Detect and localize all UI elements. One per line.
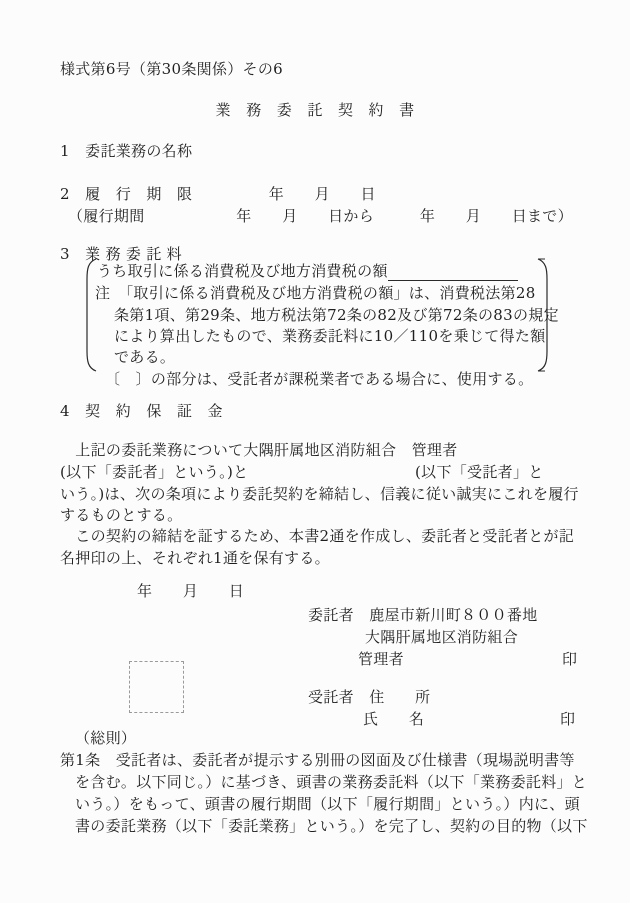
consignor-seal-mark: 印 xyxy=(562,650,577,669)
article-1-line-4: 書の委託業務（以下「委託業務」という。）を完了し、契約の目的物（以下 xyxy=(75,817,588,836)
performance-period-line: （履行期間 年 月 日から 年 月 日まで） xyxy=(68,207,573,226)
contract-copies-line-1: この契約の締結を証するため、本書2通を作成し、委託者と受託者とが記 xyxy=(60,527,574,546)
contract-copies-line-2: 名押印の上、それぞれ1通を保有する。 xyxy=(60,549,330,568)
trustee-seal-mark: 印 xyxy=(560,710,575,729)
tax-note-line-4: により算出したもので、業務委託料に10／110を乗じて得た額 xyxy=(114,327,545,346)
contract-document-page: 様式第6号（第30条関係）その6 業 務 委 託 契 約 書 1 委託業務の名称… xyxy=(0,0,630,903)
tax-note-line-5: である。 xyxy=(114,348,175,367)
section-2-heading: 2 履 行 期 限 年 月 日 xyxy=(60,185,376,204)
document-title: 業 務 委 託 契 約 書 xyxy=(0,101,630,120)
consignor-manager-label: 管理者 xyxy=(358,650,404,669)
tax-note-line-3: 条第1項、第29条、地方税法第72条の82及び第72条の83の規定 xyxy=(114,306,559,325)
preamble-line-1: 上記の委託業務について大隅肝属地区消防組合 管理者 xyxy=(60,441,458,460)
section-1-heading: 1 委託業務の名称 xyxy=(60,142,192,161)
preamble-line-4: するものとする。 xyxy=(60,506,182,525)
trustee-address-line: 受託者 住 所 xyxy=(308,688,430,707)
trustee-name-label: 氏 名 xyxy=(363,710,424,729)
consignor-address-line: 委託者 鹿屋市新川町８００番地 xyxy=(308,606,538,625)
form-number: 様式第6号（第30条関係）その6 xyxy=(60,60,283,79)
consignor-designation: (以下「委託者」という。)と xyxy=(60,463,248,482)
stamp-box xyxy=(129,661,184,713)
tax-note-line-2: 注 「取引に係る消費税及び地方消費税の額」は、消費税法第28 xyxy=(95,284,536,303)
tax-amount-label: うち取引に係る消費税及び地方消費税の額 xyxy=(97,262,388,281)
tax-amount-underline xyxy=(388,263,518,281)
tax-note-left-bracket xyxy=(82,257,98,373)
general-provisions-heading: （総則） xyxy=(75,729,136,748)
article-1-line-2: を含む。以下同じ。）に基づき、頭書の業務委託料（以下「業務委託料」と xyxy=(75,773,587,792)
consignor-organization-line: 大隅肝属地区消防組合 xyxy=(365,628,518,647)
trustee-designation: (以下「受託者」と xyxy=(415,463,544,482)
article-1-line-1: 第1条 受託者は、委託者が提示する別冊の図面及び仕様書（現場説明書等 xyxy=(60,751,575,770)
signature-date-line: 年 月 日 xyxy=(137,582,244,601)
tax-amount-line: うち取引に係る消費税及び地方消費税の額 xyxy=(97,262,518,281)
bracket-usage-note: 〔 〕の部分は、受託者が課税業者である場合に、使用する。 xyxy=(105,370,533,389)
section-4-heading: 4 契 約 保 証 金 xyxy=(60,402,223,421)
article-1-line-3: いう。）をもって、頭書の履行期間（以下「履行期間」という。）内に、頭 xyxy=(75,795,580,814)
preamble-line-3: いう。)は、次の条項により委託契約を締結し、信義に従い誠実にこれを履行 xyxy=(60,485,579,504)
